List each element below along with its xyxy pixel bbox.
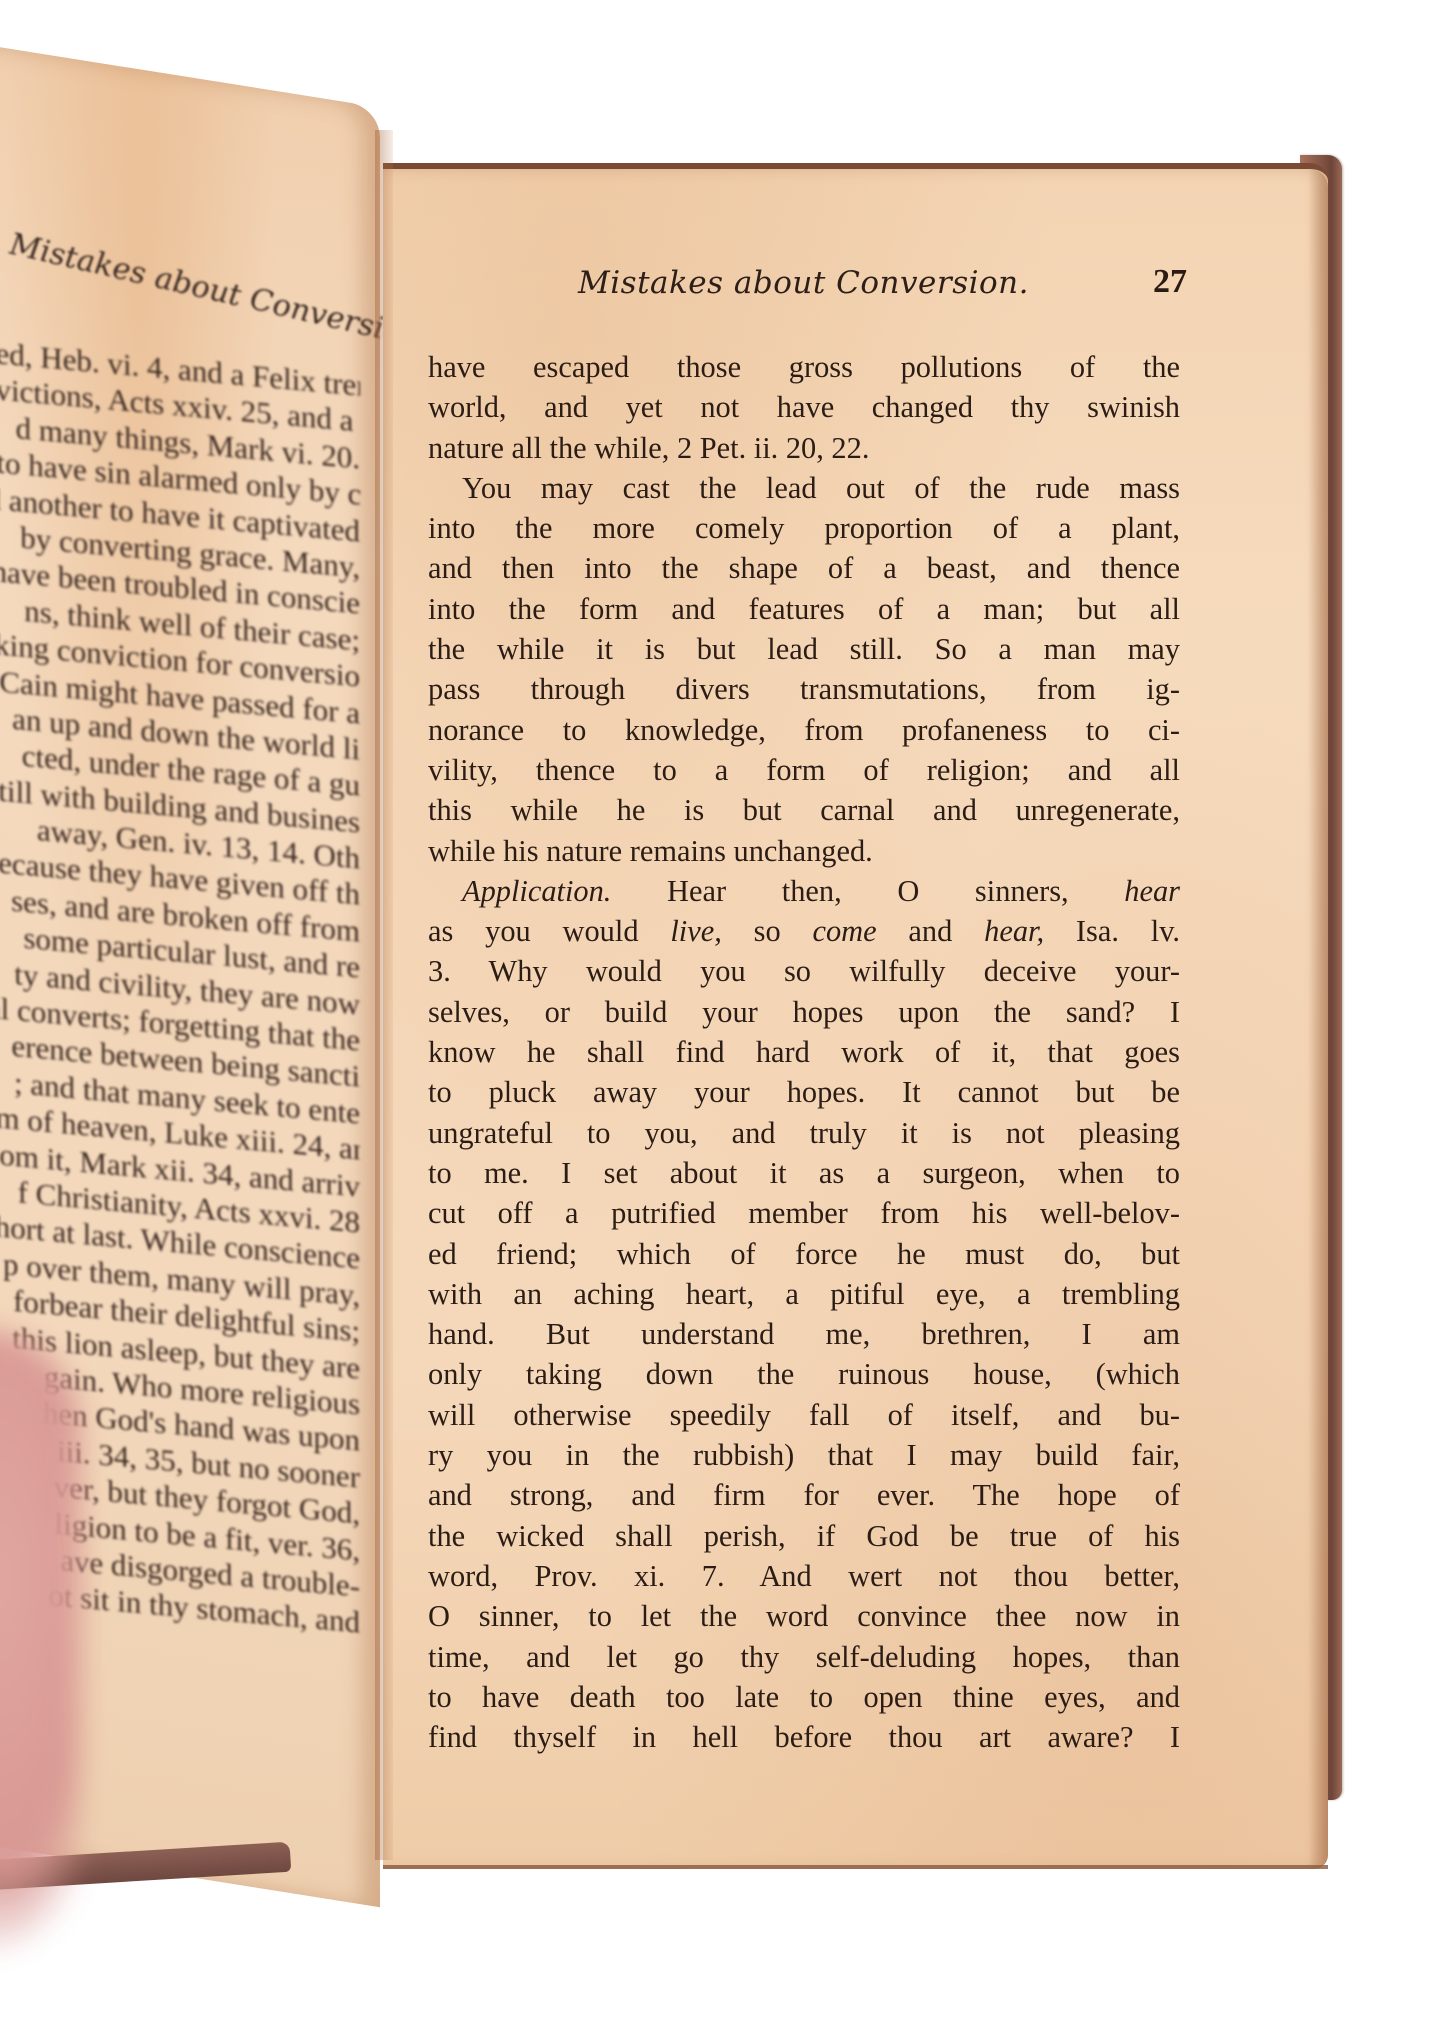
text-line: You may cast the lead out of the rude ma…	[428, 468, 1180, 508]
application-heading: Application.	[462, 874, 611, 908]
text-line: into the more comely proportion of a pla…	[428, 508, 1180, 548]
page-number: 27	[1153, 263, 1187, 301]
text-line: vility, thence to a form of religion; an…	[428, 750, 1180, 790]
text-line: selves, or build your hopes upon the san…	[428, 992, 1180, 1032]
page-body-text: have escaped those gross pollutions of t…	[428, 347, 1180, 1757]
text-line: into the form and features of a man; but…	[428, 589, 1180, 629]
right-page: Mistakes about Conversion. 27 have escap…	[383, 163, 1328, 1869]
text-line: hand. But understand me, brethren, I am	[428, 1314, 1180, 1354]
text-line: ry you in the rubbish) that I may build …	[428, 1435, 1180, 1475]
left-running-title: Mistakes about Conversion.	[8, 227, 433, 357]
text-fragment: as you would	[428, 914, 670, 948]
text-fragment: so	[722, 914, 813, 948]
italic-word: hear,	[984, 914, 1044, 948]
text-line: ed friend; which of force he must do, bu…	[428, 1234, 1180, 1274]
book-gutter	[375, 130, 393, 1860]
page-bottom-edge	[383, 1865, 1328, 1869]
text-line: only taking down the ruinous house, (whi…	[428, 1354, 1180, 1394]
running-title: Mistakes about Conversion.	[578, 265, 1029, 301]
text-line: have escaped those gross pollutions of t…	[428, 347, 1180, 387]
text-line: find thyself in hell before thou art awa…	[428, 1717, 1180, 1757]
text-line: to pluck away your hopes. It cannot but …	[428, 1072, 1180, 1112]
italic-word: come	[812, 914, 876, 948]
text-line: this while he is but carnal and unregene…	[428, 790, 1180, 830]
text-line: nature all the while, 2 Pet. ii. 20, 22.	[428, 428, 1180, 468]
text-line: cut off a putrified member from his well…	[428, 1193, 1180, 1233]
text-line: word, Prov. xi. 7. And wert not thou bet…	[428, 1556, 1180, 1596]
application-line-1: Application. Hear then, O sinners, hear	[428, 871, 1180, 911]
text-line: O sinner, to let the word convince thee …	[428, 1596, 1180, 1636]
text-fragment: Isa. lv.	[1044, 914, 1180, 948]
running-head: Mistakes about Conversion. 27	[383, 265, 1328, 315]
text-line: know he shall find hard work of it, that…	[428, 1032, 1180, 1072]
application-line-2: as you would live, so come and hear, Isa…	[428, 911, 1180, 951]
text-line: with an aching heart, a pitiful eye, a t…	[428, 1274, 1180, 1314]
text-fragment: and	[877, 914, 985, 948]
text-line: the wicked shall perish, if God be true …	[428, 1516, 1180, 1556]
text-line: ungrateful to you, and truly it is not p…	[428, 1113, 1180, 1153]
text-line: to me. I set about it as a surgeon, when…	[428, 1153, 1180, 1193]
text-line: while his nature remains unchanged.	[428, 831, 1180, 871]
text-line: to have death too late to open thine eye…	[428, 1677, 1180, 1717]
text-fragment: Hear then, O sinners,	[611, 874, 1124, 908]
text-line: and then into the shape of a beast, and …	[428, 548, 1180, 588]
text-line: the while it is but lead still. So a man…	[428, 629, 1180, 669]
text-line: 3. Why would you so wilfully deceive you…	[428, 951, 1180, 991]
italic-word: hear	[1124, 874, 1180, 908]
text-line: world, and yet not have changed thy swin…	[428, 387, 1180, 427]
text-line: norance to knowledge, from profaneness t…	[428, 710, 1180, 750]
italic-word: live,	[670, 914, 721, 948]
text-line: will otherwise speedily fall of itself, …	[428, 1395, 1180, 1435]
text-line: pass through divers transmutations, from…	[428, 669, 1180, 709]
text-line: and strong, and firm for ever. The hope …	[428, 1475, 1180, 1515]
text-line: time, and let go thy self-deluding hopes…	[428, 1637, 1180, 1677]
thumb-holding-page	[0, 1330, 80, 1950]
